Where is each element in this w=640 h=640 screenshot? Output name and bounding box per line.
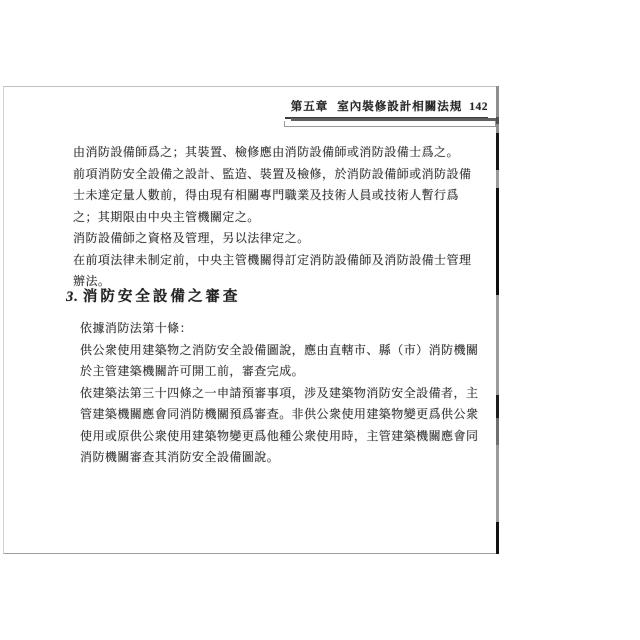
text-line: 於主管建築機關許可開工前，審查完成。	[80, 361, 478, 383]
text-line: 前項消防安全設備之設計、監造、裝置及檢修，於消防設備師或消防設備	[73, 164, 471, 186]
chapter-label: 第五章	[291, 101, 329, 113]
page-edge-scan-line	[496, 86, 499, 554]
section-title: 消防安全設備之審查	[83, 289, 241, 305]
chapter-title: 室內裝修設計相關法規	[337, 101, 462, 113]
page-number: 142	[469, 101, 488, 113]
paragraph-review-building-law: 依建築法第三十四條之一申請預審事項，涉及建築物消防安全設備者，主 管建築機關應會…	[80, 383, 478, 469]
section-heading: 3.消防安全設備之審查	[66, 287, 240, 307]
page-header: 第五章室內裝修設計相關法規142	[285, 98, 488, 119]
text-line: 由消防設備師爲之；其裝置、檢修應由消防設備師或消防設備士爲之。	[73, 142, 471, 164]
text-line: 依據消防法第十條：	[80, 318, 478, 340]
text-line: 管建築機關應會同消防機關預爲審查。非供公衆使用建築物變更爲供公衆	[80, 404, 478, 426]
text-line: 士未達定量人數前，得由現有相關專門職業及技術人員或技術人暫行爲	[73, 185, 471, 207]
text-line: 使用或原供公衆使用建築物變更爲他種公衆使用時，主管建築機關應會同	[80, 426, 478, 448]
text-line: 之；其期限由中央主管機關定之。	[73, 207, 471, 229]
scan-background: 第五章室內裝修設計相關法規142 由消防設備師爲之；其裝置、檢修應由消防設備師或…	[0, 0, 640, 640]
header-rule-box	[284, 121, 496, 127]
paragraph-fire-equipment-personnel: 由消防設備師爲之；其裝置、檢修應由消防設備師或消防設備士爲之。 前項消防安全設備…	[73, 142, 471, 293]
text-line: 消防機關審查其消防安全設備圖說。	[80, 447, 478, 469]
header-rule-bar	[284, 118, 496, 127]
section-number: 3.	[66, 289, 79, 305]
text-line: 依建築法第三十四條之一申請預審事項，涉及建築物消防安全設備者，主	[80, 383, 478, 405]
text-line: 供公衆使用建築物之消防安全設備圖說，應由直轄市、縣（市）消防機關	[80, 340, 478, 362]
text-line: 在前項法律未制定前，中央主管機關得訂定消防設備師及消防設備士管理	[73, 250, 471, 272]
text-line: 消防設備師之資格及管理，另以法律定之。	[73, 228, 471, 250]
paragraph-review-fire-law: 依據消防法第十條： 供公衆使用建築物之消防安全設備圖說，應由直轄市、縣（市）消防…	[80, 318, 478, 383]
book-page: 第五章室內裝修設計相關法規142 由消防設備師爲之；其裝置、檢修應由消防設備師或…	[3, 86, 496, 554]
